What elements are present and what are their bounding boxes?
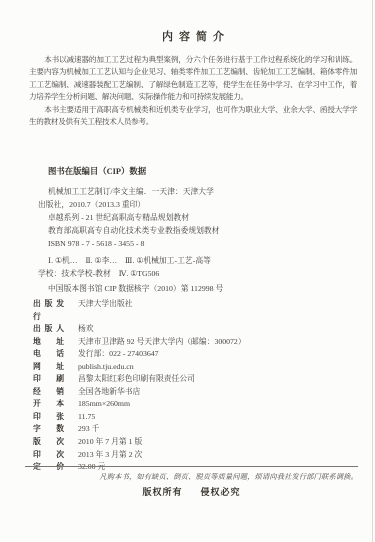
copyright-right: 侵权必究 <box>201 487 241 497</box>
publication-info-section: 出版发行 天津大学出版社 出版人 杨欢 地址 天津市卫津路 92 号天津大学内（… <box>33 298 359 474</box>
publication-row: 出版发行 天津大学出版社 <box>33 298 359 323</box>
publication-value: 天津大学出版社 <box>78 298 133 323</box>
cip-data-section: 图书在版编目（CIP）数据 机械加工工艺制订/李文主编．一天津：天津大学 出版社… <box>38 165 360 295</box>
publication-value: publish.tju.edu.cn <box>78 361 134 374</box>
content-summary-title: 内容简介 <box>29 28 357 44</box>
content-summary-section: 内容简介 本书以减速器的加工工艺过程为典型案例，分六个任务进行基于工作过程系统化… <box>29 28 357 128</box>
cip-line: 出版社，2010.7（2013.3 重印） <box>38 198 360 211</box>
publication-value: 昌黎太阳红彩色印刷有限责任公司 <box>78 373 195 386</box>
cip-classification: Ⅰ. ①机… Ⅱ. ①李… Ⅲ. ①机械加工-工艺-高等 学校：技术学校-教材 … <box>38 254 360 280</box>
publication-value: 发行部：022 - 27403647 <box>78 348 159 361</box>
publication-label: 网址 <box>33 361 64 374</box>
publication-label: 地址 <box>33 336 64 349</box>
quality-notice: 凡购本书，如有缺页、倒页、脱页等质量问题，烦请向我社发行部门联系调换。 <box>25 472 358 482</box>
isbn-line: ISBN 978 - 7 - 5618 - 3455 - 8 <box>48 237 360 250</box>
publication-value: 全国各地新华书店 <box>78 386 140 399</box>
publication-label: 印刷 <box>33 373 64 386</box>
copyright-left: 版权所有 <box>142 487 182 497</box>
publication-value: 2013 年 3 月第 2 次 <box>78 449 142 462</box>
cip-catalog-lines: 机械加工工艺制订/李文主编．一天津：天津大学 出版社，2010.7（2013.3… <box>38 185 360 250</box>
publication-value: 天津市卫津路 92 号天津大学内（邮编：300072） <box>78 336 246 349</box>
cip-classification-line: 学校：技术学校-教材 Ⅳ. ①TG506 <box>38 267 360 280</box>
publication-row: 开本 185mm×260mm <box>33 398 359 411</box>
cip-line: 机械加工工艺制订/李文主编．一天津：天津大学 <box>48 185 360 198</box>
publication-row: 印次 2013 年 3 月第 2 次 <box>33 449 359 462</box>
publication-row: 字数 293 千 <box>33 423 359 436</box>
publication-label: 出版发行 <box>33 298 64 323</box>
publication-label: 出版人 <box>33 323 64 336</box>
book-copyright-page: 内容简介 本书以减速器的加工工艺过程为典型案例，分六个任务进行基于工作过程系统化… <box>0 0 375 542</box>
publication-row: 电话 发行部：022 - 27403647 <box>33 348 359 361</box>
publication-label: 经销 <box>33 386 64 399</box>
cip-line: 教育部高职高专自动化技术类专业教指委规划教材 <box>48 224 360 237</box>
copyright-statement: 版权所有侵权必究 <box>25 485 358 498</box>
cip-record-number: 中国版本图书馆 CIP 数据核字（2010）第 112998 号 <box>48 282 360 295</box>
publication-value: 11.75 <box>78 411 95 424</box>
cip-line: 卓越系列 - 21 世纪高职高专精品规划教材 <box>48 211 360 224</box>
publication-value: 杨欢 <box>78 323 94 336</box>
publication-value: 293 千 <box>78 423 99 436</box>
publication-value: 185mm×260mm <box>78 398 130 411</box>
publication-label: 字数 <box>33 423 64 436</box>
content-summary-paragraph: 本书以减速器的加工工艺过程为典型案例，分六个任务进行基于工作过程系统化的学习和训… <box>29 54 357 104</box>
publication-label: 印次 <box>33 449 64 462</box>
publication-row: 网址 publish.tju.edu.cn <box>33 361 359 374</box>
scan-edge-artifact <box>372 0 373 542</box>
content-summary-paragraph: 本书主要适用于高职高专机械类和近机类专业学习，也可作为职业大学、业余大学、函授大… <box>29 104 357 129</box>
publication-row: 印刷 昌黎太阳红彩色印刷有限责任公司 <box>33 373 359 386</box>
publication-value: 2010 年 7 月第 1 版 <box>78 436 142 449</box>
publication-label: 版次 <box>33 436 64 449</box>
publication-label: 电话 <box>33 348 64 361</box>
footer-divider <box>25 466 358 467</box>
publication-label: 开本 <box>33 398 64 411</box>
publication-row: 印张 11.75 <box>33 411 359 424</box>
publication-row: 经销 全国各地新华书店 <box>33 386 359 399</box>
publication-label: 印张 <box>33 411 64 424</box>
publication-row: 地址 天津市卫津路 92 号天津大学内（邮编：300072） <box>33 336 359 349</box>
publication-row: 出版人 杨欢 <box>33 323 359 336</box>
publication-row: 版次 2010 年 7 月第 1 版 <box>33 436 359 449</box>
cip-heading: 图书在版编目（CIP）数据 <box>48 165 360 177</box>
cip-classification-line: Ⅰ. ①机… Ⅱ. ①李… Ⅲ. ①机械加工-工艺-高等 <box>48 254 360 267</box>
